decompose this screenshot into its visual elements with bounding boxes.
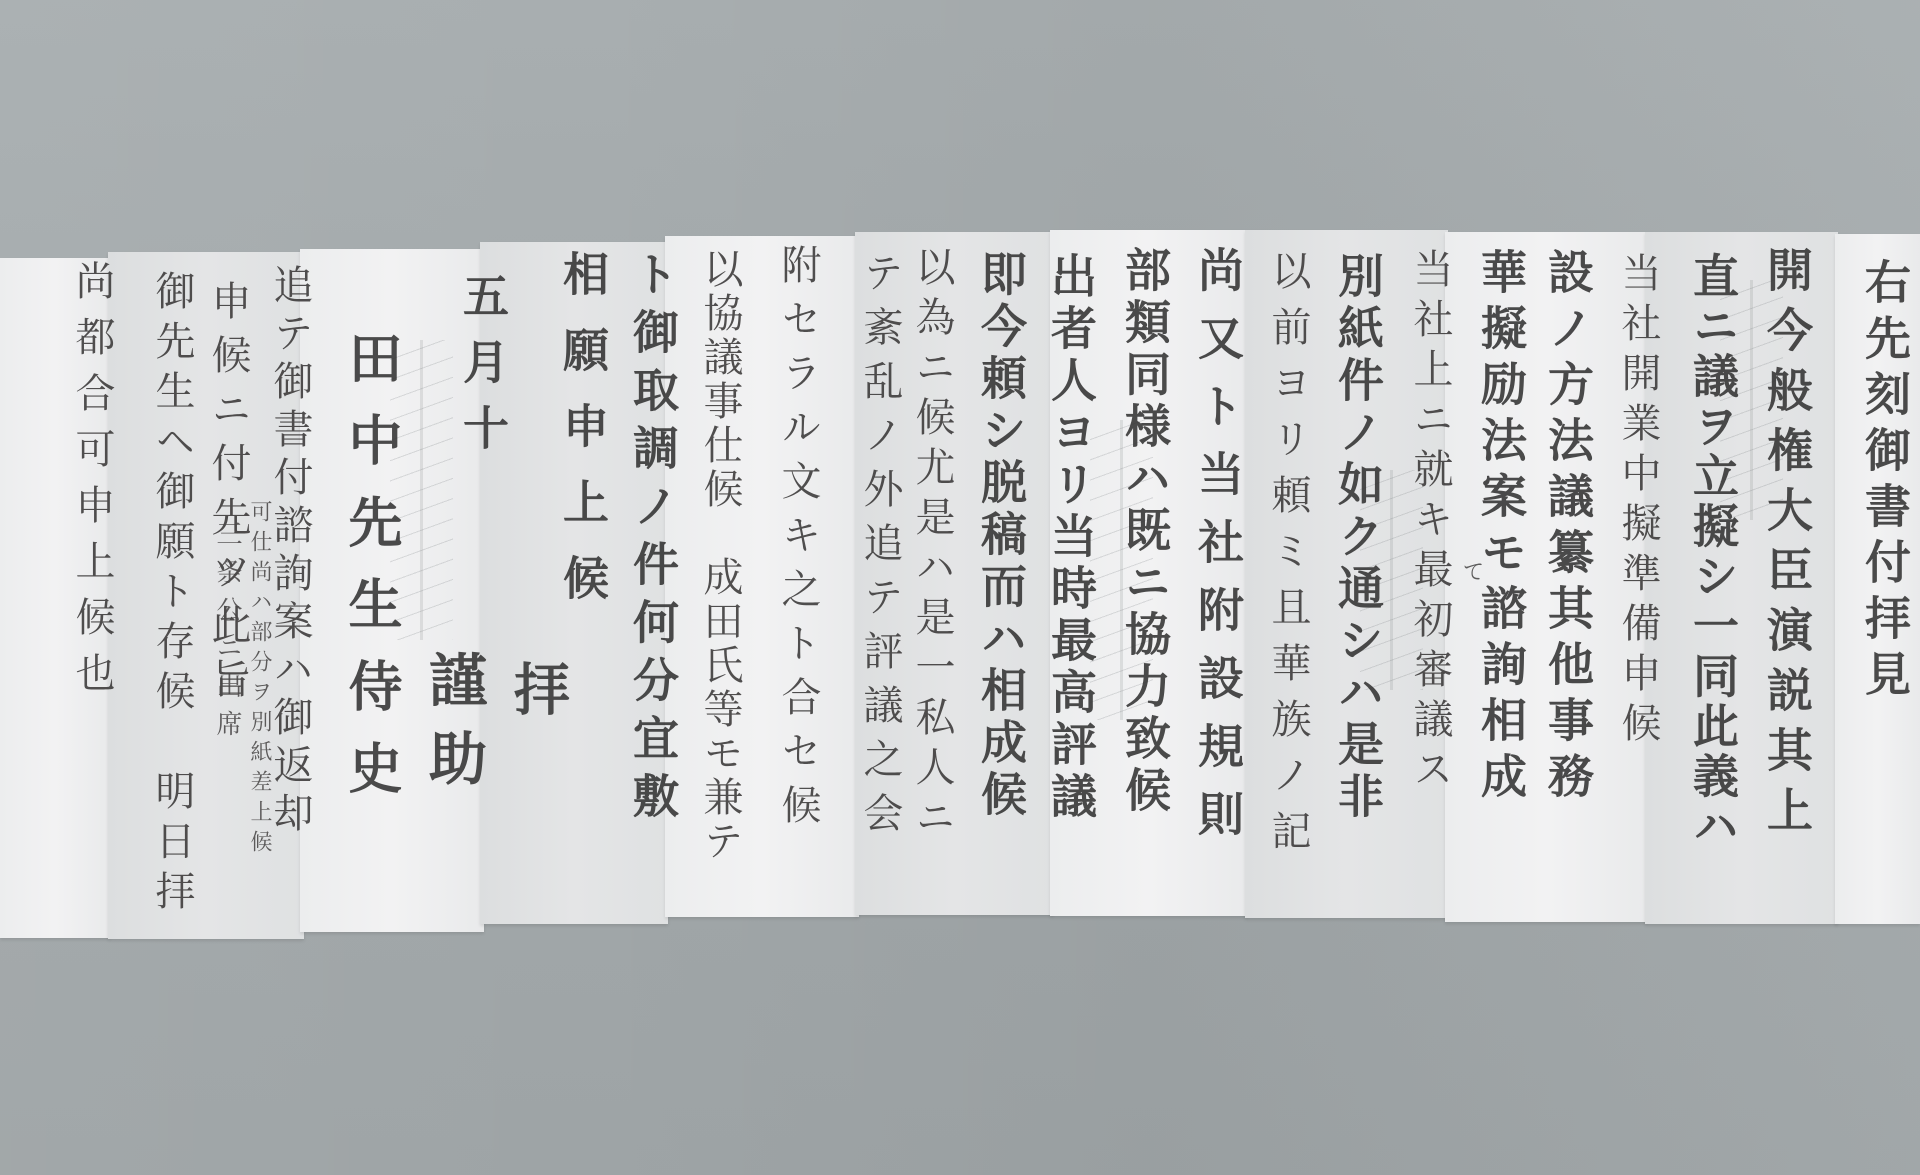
text-column: 御先生ヘ御願ト存候 明日拝 — [152, 270, 192, 920]
text-column: 謹助 — [424, 650, 482, 806]
text-column: 以前ヨリ頼ミ且華族ノ記 — [1268, 250, 1308, 866]
text-column-annotation: 可仕尚ハ部分ヲ別紙差上候 — [248, 500, 270, 860]
text-column: 直ニ議ヲ立擬シ一同此義ハ — [1690, 252, 1736, 852]
text-column: 五月十 — [460, 272, 506, 470]
text-column: 附セラル文キ之ト合セ候 — [778, 244, 818, 838]
text-column: 開今般権大臣演説其上 — [1764, 246, 1810, 846]
text-column: ト御取調ノ件何分宜敷 — [630, 250, 676, 830]
text-column: 相願申上候 — [560, 250, 606, 630]
text-column: 尚又ト当社附設規則 — [1195, 246, 1241, 858]
text-column: 追テ御書付諮詢案ハ御返却 — [270, 264, 310, 840]
text-column: 華擬励法案モ諮詢相成 — [1478, 248, 1524, 808]
text-column: 別紙件ノ如ク通シハ是非 — [1335, 252, 1381, 824]
paper-panel — [665, 236, 859, 917]
text-column: 即今頼シ脱稿而ハ相成候 — [978, 250, 1024, 822]
text-column: 尚都合可申上候也 — [72, 260, 112, 708]
text-column: 田中先生侍史 — [345, 330, 399, 822]
fern-watermark — [420, 340, 423, 640]
text-column: 拝 — [510, 660, 566, 726]
text-column: 当社上ニ就キ最初審議ス — [1410, 248, 1450, 798]
text-column: 以協議事仕候 成田氏等モ兼テ — [700, 248, 740, 864]
folded-letter-scroll: 右先刻御書付拝見 開今般権大臣演説其上 直ニ議ヲ立擬シ一同此義ハ 当社開業中擬準… — [0, 0, 1920, 1175]
text-column: 右先刻御書付拝見 — [1862, 258, 1908, 706]
text-column: 当社開業中擬準備申候 — [1618, 252, 1658, 752]
text-column: 設ノ方法議纂其他事務 — [1545, 248, 1591, 808]
fern-watermark — [1390, 470, 1393, 690]
text-column: 以為ニ候尤是ハ是一私人ニ — [912, 246, 952, 846]
text-column: 出者人ヨリ当時最高評議 — [1048, 252, 1094, 824]
text-column: テ紊乱ノ外追テ評議之会 — [860, 252, 900, 846]
fern-watermark — [1750, 280, 1753, 520]
text-column: 部類同様ハ既ニ協力致候 — [1122, 246, 1168, 818]
text-column-annotation: て — [1460, 560, 1482, 586]
text-column-annotation: 三条公ニ出席 — [214, 520, 240, 748]
